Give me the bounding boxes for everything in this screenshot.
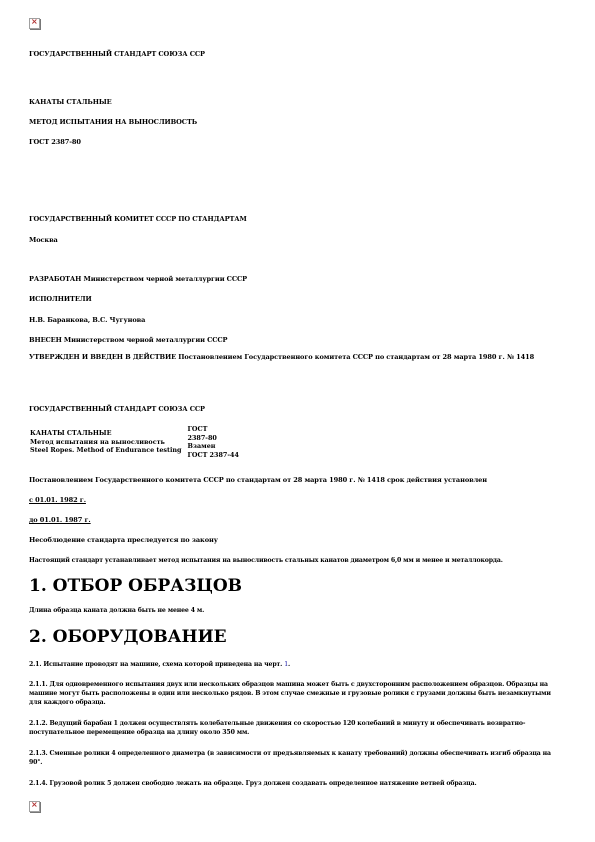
- broken-image-icon: ×: [29, 18, 40, 29]
- broken-image-icon: ×: [29, 801, 40, 812]
- developed-by: РАЗРАБОТАН Министерством черной металлур…: [29, 275, 247, 284]
- decree-text: Постановлением Государственного комитета…: [29, 476, 487, 485]
- paragraph-2-1-end: .: [288, 661, 290, 668]
- header-gost-number: 2387-80: [185, 434, 242, 443]
- doc-title: КАНАТЫ СТАЛЬНЫЕ: [29, 98, 112, 107]
- header-replaced-gost: ГОСТ 2387-44: [185, 451, 242, 460]
- org-title-2: ГОСУДАРСТВЕННЫЙ СТАНДАРТ СОЮЗА ССР: [29, 405, 205, 414]
- header-title-en: Steel Ropes. Method of Endurance testing: [30, 446, 182, 455]
- paragraph-2-1-1: 2.1.1. Для одновременного испытания двух…: [29, 680, 564, 707]
- standard-header-table: КАНАТЫ СТАЛЬНЫЕ Метод испытания на вынос…: [27, 425, 242, 459]
- noncompliance-note: Несоблюдение стандарта преследуется по з…: [29, 536, 218, 545]
- paragraph-2-1-text: 2.1. Испытание проводят на машине, схема…: [29, 661, 284, 668]
- doc-subtitle: МЕТОД ИСПЫТАНИЯ НА ВЫНОСЛИВОСТЬ: [29, 118, 197, 127]
- approved-label: УТВЕРЖДЕН И ВВЕДЕН В ДЕЙСТВИЕ: [29, 353, 176, 361]
- header-left-cell: КАНАТЫ СТАЛЬНЫЕ Метод испытания на вынос…: [27, 425, 185, 459]
- date-from: с 01.01. 1982 г.: [29, 496, 86, 505]
- section-1-paragraph: Длина образца каната должна быть не мене…: [29, 606, 204, 615]
- paragraph-2-1-4: 2.1.4. Грузовой ролик 5 должен свободно …: [29, 779, 476, 788]
- header-replaces: Взамен: [185, 442, 242, 451]
- section-heading-2: 2. ОБОРУДОВАНИЕ: [29, 627, 227, 647]
- executors: Н.В. Баранкова, В.С. Чугунова: [29, 316, 145, 325]
- header-title: КАНАТЫ СТАЛЬНЫЕ: [30, 429, 182, 438]
- header-title-ru: Метод испытания на выносливость: [30, 438, 182, 447]
- paragraph-2-1-2: 2.1.2. Ведущий барабан 1 должен осуществ…: [29, 719, 564, 737]
- introduced-by: ВНЕСЕН Министерством черной металлургии …: [29, 336, 227, 345]
- section-heading-1: 1. ОТБОР ОБРАЗЦОВ: [29, 576, 242, 596]
- approved-statement: УТВЕРЖДЕН И ВВЕДЕН В ДЕЙСТВИЕ Постановле…: [29, 353, 569, 362]
- gost-number: ГОСТ 2387-80: [29, 138, 81, 147]
- paragraph-2-1: 2.1. Испытание проводят на машине, схема…: [29, 660, 290, 669]
- approved-text: Постановлением Государственного комитета…: [176, 353, 534, 361]
- executors-label: ИСПОЛНИТЕЛИ: [29, 295, 92, 304]
- org-title: ГОСУДАРСТВЕННЫЙ СТАНДАРТ СОЮЗА ССР: [29, 50, 205, 59]
- date-to: до 01.01. 1987 г.: [29, 516, 91, 525]
- city: Москва: [29, 236, 58, 245]
- paragraph-2-1-3: 2.1.3. Сменные ролики 4 определенного ди…: [29, 749, 564, 767]
- scope-text: Настоящий стандарт устанавливает метод и…: [29, 556, 503, 565]
- header-gost: ГОСТ: [185, 425, 242, 434]
- committee-name: ГОСУДАРСТВЕННЫЙ КОМИТЕТ СССР ПО СТАНДАРТ…: [29, 215, 247, 224]
